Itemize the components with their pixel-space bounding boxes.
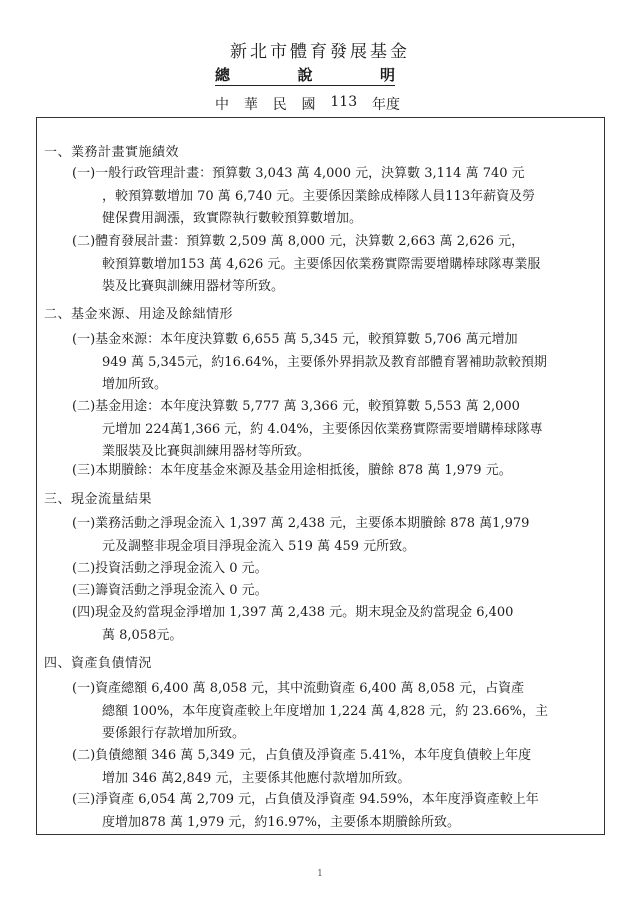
section-item: (三)淨資產 6,054 萬 2,709 元，占負債及淨資產 94.59%，本年… [72,789,602,834]
section-heading: 四、資產負債情況 [44,653,152,676]
section-item: (三)籌資活動之淨現金流入 0 元。 [72,580,602,603]
item-cont-line: 要係銀行存款增加所致。 [72,723,602,746]
item-cont-line: 度增加878 萬 1,979 元，約16.97%，主要係本期賸餘所致。 [72,812,602,835]
item-first-line: (二)基金用途：本年度決算數 5,777 萬 3,366 元，較預算數 5,55… [72,396,602,419]
section-item: (一)基金來源：本年度決算數 6,655 萬 5,345 元，較預算數 5,70… [72,329,602,397]
item-first-line: (二)投資活動之淨現金流入 0 元。 [72,558,602,581]
item-first-line: (一)基金來源：本年度決算數 6,655 萬 5,345 元，較預算數 5,70… [72,329,602,352]
section-item: (四)現金及約當現金淨增加 1,397 萬 2,438 元。期末現金及約當現金 … [72,602,602,647]
section-heading: 三、現金流量結果 [44,489,152,512]
item-first-line: (三)籌資活動之淨現金流入 0 元。 [72,580,602,603]
page-number: 1 [0,869,640,879]
section-item: (一)業務活動之淨現金流入 1,397 萬 2,438 元，主要係本期賸餘 87… [72,513,602,558]
section-heading: 二、基金來源、用途及餘絀情形 [44,304,233,327]
item-cont-line: 增加所致。 [72,374,602,397]
subtitle-char: 總 [215,67,230,84]
item-first-line: (三)淨資產 6,054 萬 2,709 元，占負債及淨資產 94.59%，本年… [72,789,602,812]
item-cont-line: 總額 100%，本年度資產較上年度增加 1,224 萬 4,828 元，約 23… [72,701,602,724]
item-first-line: (三)本期賸餘：本年度基金來源及基金用途相抵後，賸餘 878 萬 1,979 元… [72,460,602,483]
item-cont-line: 裝及比賽與訓練用器材等所致。 [72,276,602,299]
item-cont-line: 增加 346 萬2,849 元，主要係其他應付款增加所致。 [72,768,602,791]
item-first-line: (四)現金及約當現金淨增加 1,397 萬 2,438 元。期末現金及約當現金 … [72,602,602,625]
item-first-line: (二)體育發展計畫：預算數 2,509 萬 8,000 元，決算數 2,663 … [72,231,602,254]
year-char: 年度 [372,94,400,114]
item-cont-line: 健保費用調漲，致實際執行數較預算數增加。 [72,208,602,231]
item-cont-line: 949 萬 5,345元，約16.64%，主要係外界捐款及教育部體育署補助款較預… [72,352,602,375]
year-char: 民 [273,94,287,114]
item-first-line: (一)業務活動之淨現金流入 1,397 萬 2,438 元，主要係本期賸餘 87… [72,513,602,536]
section-heading: 一、業務計畫實施績效 [44,142,179,165]
section-item: (三)本期賸餘：本年度基金來源及基金用途相抵後，賸餘 878 萬 1,979 元… [72,460,602,483]
year-char: 113 [330,94,357,114]
section-item: (二)負債總額 346 萬 5,349 元，占負債及淨資產 5.41%，本年度負… [72,745,602,790]
fiscal-year: 中 華 民 國 113 年度 [215,94,400,114]
section-item: (一)資產總額 6,400 萬 8,058 元，其中流動資產 6,400 萬 8… [72,678,602,746]
year-char: 國 [302,94,316,114]
document-subtitle: 總 說 明 [215,67,395,86]
year-char: 華 [244,94,258,114]
document-title: 新北市體育發展基金 [0,37,640,62]
item-cont-line: 較預算數增加153 萬 4,626 元。主要係因依業務實際需要增購棒球隊專業服 [72,254,602,277]
section-item: (二)體育發展計畫：預算數 2,509 萬 8,000 元，決算數 2,663 … [72,231,602,299]
item-cont-line: 萬 8,058元。 [72,625,602,648]
item-cont-line: ，較預算數增加 70 萬 6,740 元。主要係因業餘成棒隊人員113年薪資及勞 [72,186,602,209]
item-first-line: (一)資產總額 6,400 萬 8,058 元，其中流動資產 6,400 萬 8… [72,678,602,701]
item-cont-line: 元及調整非現金項目淨現金流入 519 萬 459 元所致。 [72,536,602,559]
subtitle-char: 說 [297,67,312,84]
section-item: (二)投資活動之淨現金流入 0 元。 [72,558,602,581]
item-first-line: (一)一般行政管理計畫：預算數 3,043 萬 4,000 元，決算數 3,11… [72,163,602,186]
year-char: 中 [215,94,229,114]
section-item: (二)基金用途：本年度決算數 5,777 萬 3,366 元，較預算數 5,55… [72,396,602,464]
item-first-line: (二)負債總額 346 萬 5,349 元，占負債及淨資產 5.41%，本年度負… [72,745,602,768]
item-cont-line: 元增加 224萬1,366 元，約 4.04%，主要係因依業務實際需要增購棒球隊… [72,419,602,442]
section-item: (一)一般行政管理計畫：預算數 3,043 萬 4,000 元，決算數 3,11… [72,163,602,231]
subtitle-char: 明 [380,67,395,84]
